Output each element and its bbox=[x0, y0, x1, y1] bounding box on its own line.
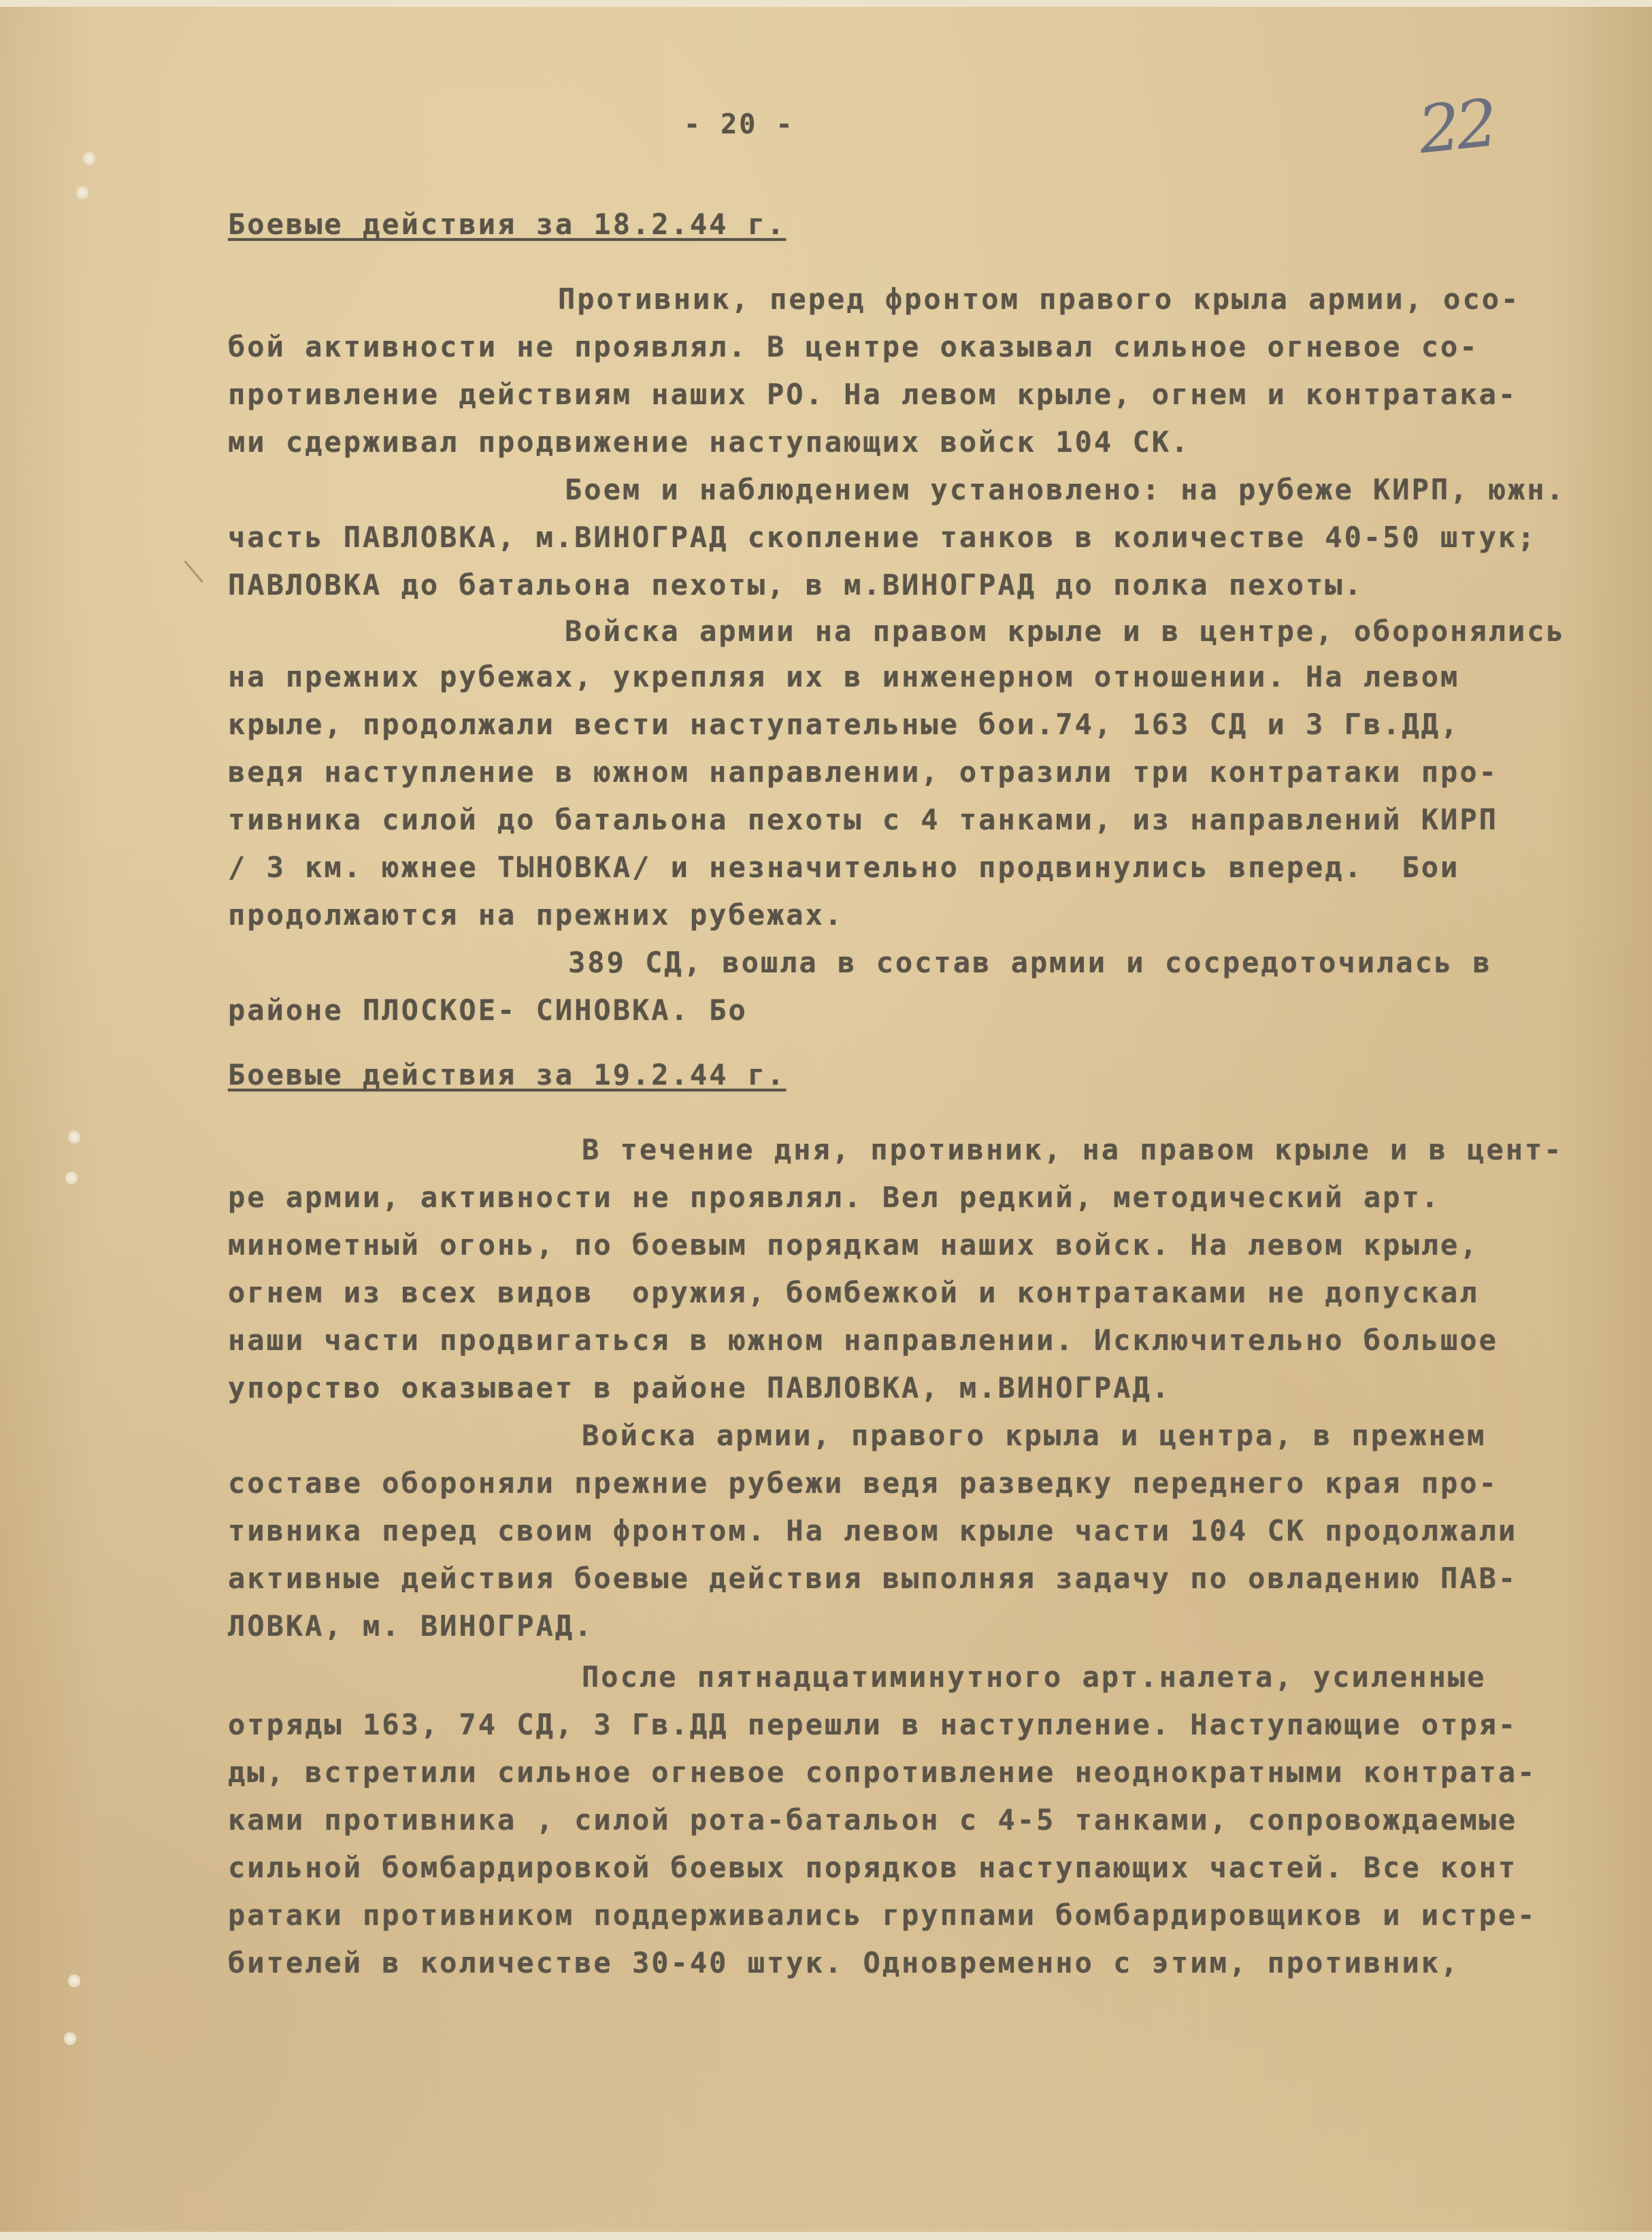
text-line: 389 СД, вошла в состав армии и сосредото… bbox=[568, 946, 1492, 980]
text-line: ПАВЛОВКА до батальона пехоты, в м.ВИНОГР… bbox=[228, 568, 1364, 602]
section-heading: Боевые действия за 18.2.44 г. bbox=[228, 208, 786, 242]
text-line: ведя наступление в южном направлении, от… bbox=[228, 755, 1498, 789]
text-line: ре армии, активности не проявлял. Вел ре… bbox=[228, 1181, 1440, 1215]
typed-text: - 20 - Боевые действия за 18.2.44 г. Про… bbox=[0, 0, 1652, 2240]
page-number: - 20 - bbox=[684, 108, 795, 142]
text-line: Противник, перед фронтом правого крыла а… bbox=[558, 282, 1520, 316]
text-line: бой активности не проявлял. В центре ока… bbox=[228, 330, 1479, 364]
text-line: минометный огонь, по боевым порядкам наш… bbox=[228, 1228, 1479, 1262]
text-line: В течение дня, противник, на правом крыл… bbox=[582, 1133, 1564, 1167]
text-line: ми сдерживал продвижение наступающих вой… bbox=[228, 425, 1190, 459]
section-heading: Боевые действия за 19.2.44 г. bbox=[228, 1058, 786, 1092]
text-line: ками противника , силой рота-батальон с … bbox=[228, 1803, 1517, 1837]
text-line: продолжаются на прежних рубежах. bbox=[228, 898, 844, 932]
text-line: тивника перед своим фронтом. На левом кр… bbox=[228, 1514, 1517, 1548]
text-line: тивника силой до батальона пехоты с 4 та… bbox=[228, 803, 1498, 837]
document-page: 22 - 20 - Боевые действия за 18.2.44 г. … bbox=[0, 0, 1652, 2240]
text-line: ратаки противником поддерживались группа… bbox=[228, 1898, 1536, 1932]
text-line: наши части продвигаться в южном направле… bbox=[228, 1323, 1498, 1357]
text-line: Боем и наблюдением установлено: на рубеж… bbox=[565, 473, 1566, 507]
text-line: Войска армии, правого крыла и центра, в … bbox=[582, 1419, 1486, 1453]
text-line: противление действиям наших РО. На левом… bbox=[228, 378, 1517, 412]
text-line: районе ПЛОСКОЕ- СИНОВКА. Бо bbox=[228, 993, 748, 1027]
text-line: отряды 163, 74 СД, 3 Гв.ДД перешли в нас… bbox=[228, 1708, 1517, 1742]
text-line: составе обороняли прежние рубежи ведя ра… bbox=[228, 1466, 1498, 1500]
text-line: часть ПАВЛОВКА, м.ВИНОГРАД скопление тан… bbox=[228, 521, 1536, 555]
text-line: / 3 км. южнее ТЫНОВКА/ и незначительно п… bbox=[228, 851, 1459, 885]
text-line: сильной бомбардировкой боевых порядков н… bbox=[228, 1851, 1517, 1885]
text-line: крыле, продолжали вести наступательные б… bbox=[228, 708, 1459, 742]
text-line: ды, встретили сильное огневое сопротивле… bbox=[228, 1756, 1536, 1790]
text-line: огнем из всех видов оружия, бомбежкой и … bbox=[228, 1276, 1479, 1310]
text-line: ЛОВКА, м. ВИНОГРАД. bbox=[228, 1609, 593, 1643]
text-line: активные действия боевые действия выполн… bbox=[228, 1562, 1517, 1596]
text-line: Войска армии на правом крыле и в центре,… bbox=[565, 614, 1566, 648]
text-line: После пятнадцатиминутного арт.налета, ус… bbox=[582, 1660, 1486, 1694]
text-line: упорство оказывает в районе ПАВЛОВКА, м.… bbox=[228, 1371, 1171, 1405]
text-line: бителей в количестве 30-40 штук. Одновре… bbox=[228, 1946, 1459, 1980]
text-line: на прежних рубежах, укрепляя их в инжене… bbox=[228, 660, 1459, 694]
